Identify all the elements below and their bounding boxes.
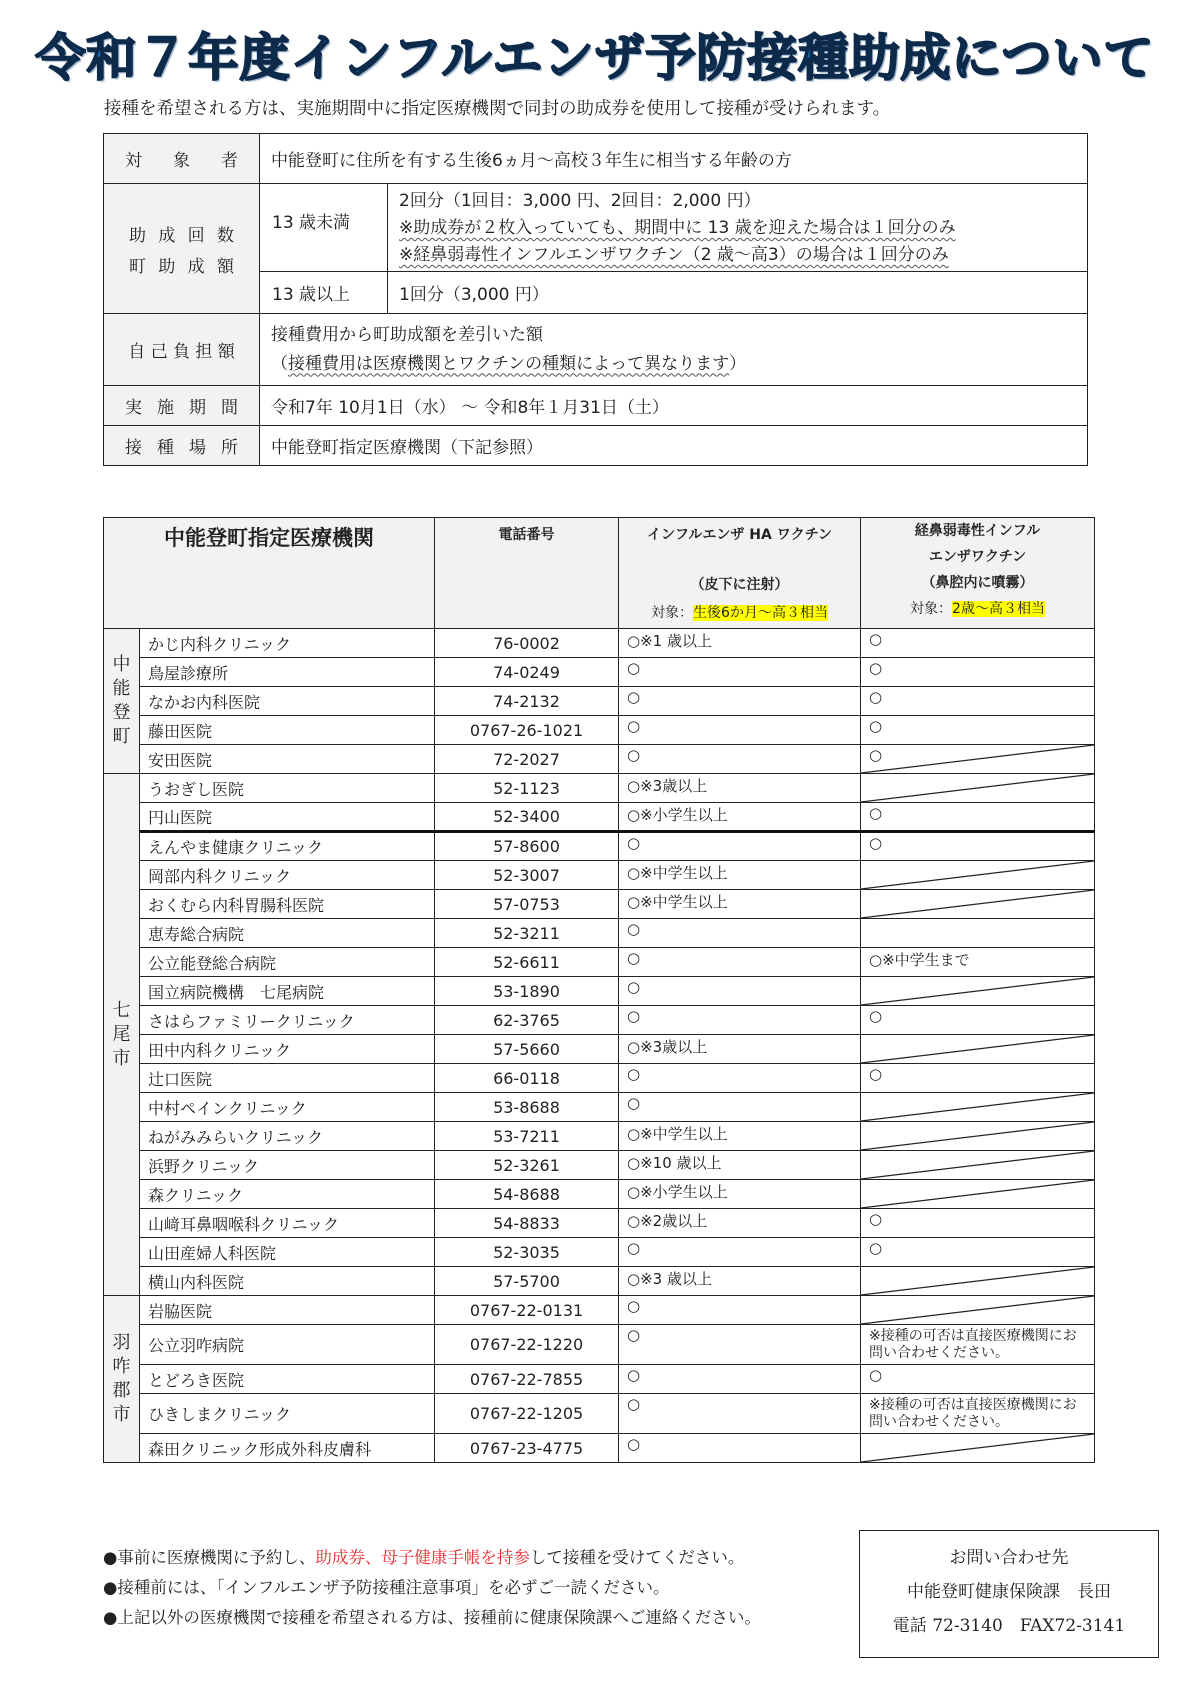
info-row-place: 接種場所 中能登町指定医療機関（下記参照） — [104, 426, 1088, 466]
nasal-availability — [861, 1093, 1095, 1122]
clinic-phone: 53-8688 — [435, 1093, 619, 1122]
nasal-availability — [861, 890, 1095, 919]
nasal-availability — [861, 1151, 1095, 1180]
nasal-availability — [861, 919, 1095, 948]
ha-target-highlight: 生後6か月～高３相当 — [693, 605, 828, 621]
clinic-phone: 52-3035 — [435, 1238, 619, 1267]
ha-availability: ○※3 歳以上 — [619, 1267, 861, 1296]
clinic-name: 恵寿総合病院 — [140, 919, 435, 948]
not-available-slash — [861, 977, 1094, 1005]
nasal-availability: ○ — [861, 832, 1095, 861]
table-row: 安田医院72-2027○○ — [104, 745, 1095, 774]
clinic-phone: 54-8833 — [435, 1209, 619, 1238]
clinic-phone: 52-3261 — [435, 1151, 619, 1180]
clinic-phone: 57-8600 — [435, 832, 619, 861]
clinic-phone: 53-1890 — [435, 977, 619, 1006]
clinic-name: 公立羽咋病院 — [140, 1325, 435, 1365]
not-available-slash — [861, 774, 1094, 802]
table-row: 山﨑耳鼻咽喉科クリニック54-8833○※2歳以上○ — [104, 1209, 1095, 1238]
table-row: えんやま健康クリニック57-8600○○ — [104, 832, 1095, 861]
ha-availability: ○ — [619, 1325, 861, 1365]
clinic-name: 山﨑耳鼻咽喉科クリニック — [140, 1209, 435, 1238]
nasal-availability: ※接種の可否は直接医療機関にお問い合わせください。 — [861, 1325, 1095, 1365]
under13-label: 13 歳未満 — [260, 184, 388, 272]
header-nasal-vaccine: 経鼻弱毒性インフル エンザワクチン （鼻腔内に噴霧） 対象：2歳～高３相当 — [861, 518, 1095, 629]
table-row: 藤田医院0767-26-1021○○ — [104, 716, 1095, 745]
clinic-phone: 0767-23-4775 — [435, 1434, 619, 1463]
info-row-target: 対 象 者 中能登町に住所を有する生後6ヵ月～高校３年生に相当する年齢の方 — [104, 134, 1088, 184]
ha-availability: ○※小学生以上 — [619, 1180, 861, 1209]
info-label-target: 対 象 者 — [104, 134, 260, 184]
clinic-name: 公立能登総合病院 — [140, 948, 435, 977]
not-available-slash — [861, 1122, 1094, 1150]
clinic-name: 辻口医院 — [140, 1064, 435, 1093]
contact-heading: お問い合わせ先 — [860, 1541, 1158, 1575]
page-title: 令和７年度インフルエンザ予防接種助成について — [0, 18, 1190, 90]
clinic-name: 横山内科医院 — [140, 1267, 435, 1296]
info-label-subsidy: 助成回数 町助成額 — [104, 184, 260, 314]
header-clinic-name: 中能登町指定医療機関 — [104, 518, 435, 629]
ha-availability: ○ — [619, 687, 861, 716]
table-row: とどろき医院0767-22-7855○○ — [104, 1365, 1095, 1394]
ha-availability: ○※1 歳以上 — [619, 629, 861, 658]
table-row: 円山医院52-3400○※小学生以上○ — [104, 803, 1095, 832]
clinic-name: 国立病院機構 七尾病院 — [140, 977, 435, 1006]
clinic-name: 中村ペインクリニック — [140, 1093, 435, 1122]
clinic-phone: 0767-22-0131 — [435, 1296, 619, 1325]
nasal-availability: ○ — [861, 745, 1095, 774]
clinic-phone: 62-3765 — [435, 1006, 619, 1035]
table-row: 恵寿総合病院52-3211○ — [104, 919, 1095, 948]
clinic-phone: 52-1123 — [435, 774, 619, 803]
ha-availability: ○※小学生以上 — [619, 803, 861, 832]
nasal-availability: ○ — [861, 1238, 1095, 1267]
nasal-availability: ○ — [861, 803, 1095, 832]
clinics-header-row: 中能登町指定医療機関 電話番号 インフルエンザ HA ワクチン （皮下に注射） … — [104, 518, 1095, 629]
over13-value: 1回分（3,000 円） — [388, 272, 1088, 314]
info-row-under13: 助成回数 町助成額 13 歳未満 2回分（1回目：3,000 円、2回目：2,0… — [104, 184, 1088, 272]
table-row: 公立羽咋病院0767-22-1220○※接種の可否は直接医療機関にお問い合わせく… — [104, 1325, 1095, 1365]
table-row: 羽咋郡市岩脇医院0767-22-0131○ — [104, 1296, 1095, 1325]
table-row: 中能登町かじ内科クリニック76-0002○※1 歳以上○ — [104, 629, 1095, 658]
clinic-name: 浜野クリニック — [140, 1151, 435, 1180]
info-value-period: 令和7年 10月1日（水） ～ 令和8年１月31日（土） — [260, 386, 1088, 426]
ha-availability: ○ — [619, 948, 861, 977]
table-row: 山田産婦人科医院52-3035○○ — [104, 1238, 1095, 1267]
clinic-phone: 76-0002 — [435, 629, 619, 658]
note-item: ●事前に医療機関に予約し、助成券、母子健康手帳を持参して接種を受けてください。 — [103, 1543, 761, 1573]
nasal-availability — [861, 1035, 1095, 1064]
table-row: おくむら内科胃腸科医院57-0753○※中学生以上 — [104, 890, 1095, 919]
clinic-phone: 72-2027 — [435, 745, 619, 774]
table-row: 七尾市うおぎし医院52-1123○※3歳以上 — [104, 774, 1095, 803]
region-label: 羽咋郡市 — [104, 1296, 140, 1463]
nasal-availability: ○ — [861, 1209, 1095, 1238]
not-available-slash — [861, 1434, 1094, 1462]
clinic-phone: 57-5660 — [435, 1035, 619, 1064]
ha-availability: ○ — [619, 1006, 861, 1035]
clinic-name: えんやま健康クリニック — [140, 832, 435, 861]
clinic-name: 藤田医院 — [140, 716, 435, 745]
contact-department: 中能登町健康保険課 長田 — [860, 1575, 1158, 1609]
nasal-availability: ※接種の可否は直接医療機関にお問い合わせください。 — [861, 1394, 1095, 1434]
table-row: ひきしまクリニック0767-22-1205○※接種の可否は直接医療機関にお問い合… — [104, 1394, 1095, 1434]
region-label: 七尾市 — [104, 774, 140, 1296]
over13-label: 13 歳以上 — [260, 272, 388, 314]
clinic-name: 山田産婦人科医院 — [140, 1238, 435, 1267]
clinic-phone: 74-0249 — [435, 658, 619, 687]
clinic-name: 森田クリニック形成外科皮膚科 — [140, 1434, 435, 1463]
ha-availability: ○ — [619, 1238, 861, 1267]
nasal-availability: ○ — [861, 716, 1095, 745]
ha-availability: ○※中学生以上 — [619, 1122, 861, 1151]
page-subtitle: 接種を希望される方は、実施期間中に指定医療機関で同封の助成券を使用して接種が受け… — [104, 95, 890, 120]
table-row: 鳥屋診療所74-0249○○ — [104, 658, 1095, 687]
nasal-availability — [861, 1296, 1095, 1325]
clinic-name: ねがみみらいクリニック — [140, 1122, 435, 1151]
info-row-period: 実施期間 令和7年 10月1日（水） ～ 令和8年１月31日（土） — [104, 386, 1088, 426]
clinic-phone: 52-3007 — [435, 861, 619, 890]
clinic-name: うおぎし医院 — [140, 774, 435, 803]
info-label-period: 実施期間 — [104, 386, 260, 426]
ha-availability: ○ — [619, 832, 861, 861]
nasal-availability: ○※中学生まで — [861, 948, 1095, 977]
clinic-name: 田中内科クリニック — [140, 1035, 435, 1064]
clinic-name: さはらファミリークリニック — [140, 1006, 435, 1035]
contact-box: お問い合わせ先 中能登町健康保険課 長田 電話 72-3140 FAX72-31… — [859, 1530, 1159, 1658]
nasal-availability: ○ — [861, 1006, 1095, 1035]
table-row: 国立病院機構 七尾病院53-1890○ — [104, 977, 1095, 1006]
clinic-name: 安田医院 — [140, 745, 435, 774]
nasal-availability: ○ — [861, 658, 1095, 687]
clinic-name: かじ内科クリニック — [140, 629, 435, 658]
table-row: 森クリニック54-8688○※小学生以上 — [104, 1180, 1095, 1209]
table-row: 浜野クリニック52-3261○※10 歳以上 — [104, 1151, 1095, 1180]
ha-availability: ○ — [619, 919, 861, 948]
nasal-availability: ○ — [861, 629, 1095, 658]
clinic-name: なかお内科医院 — [140, 687, 435, 716]
under13-value: 2回分（1回目：3,000 円、2回目：2,000 円） ※助成券が２枚入ってい… — [388, 184, 1088, 272]
ha-availability: ○ — [619, 745, 861, 774]
info-label-place: 接種場所 — [104, 426, 260, 466]
ha-availability: ○※中学生以上 — [619, 890, 861, 919]
not-available-slash — [861, 1296, 1094, 1324]
clinic-phone: 0767-22-7855 — [435, 1365, 619, 1394]
ha-availability: ○※中学生以上 — [619, 861, 861, 890]
not-available-slash — [861, 1035, 1094, 1063]
clinic-phone: 52-6611 — [435, 948, 619, 977]
clinic-phone: 66-0118 — [435, 1064, 619, 1093]
clinic-name: 岡部内科クリニック — [140, 861, 435, 890]
clinic-name: 森クリニック — [140, 1180, 435, 1209]
clinic-phone: 57-5700 — [435, 1267, 619, 1296]
not-available-slash — [861, 745, 1094, 773]
table-row: なかお内科医院74-2132○○ — [104, 687, 1095, 716]
clinic-phone: 57-0753 — [435, 890, 619, 919]
ha-availability: ○ — [619, 1064, 861, 1093]
ha-availability: ○ — [619, 1394, 861, 1434]
clinic-name: 鳥屋診療所 — [140, 658, 435, 687]
ha-availability: ○※2歳以上 — [619, 1209, 861, 1238]
info-row-copay: 自 己 負 担 額 接種費用から町助成額を差引いた額 （接種費用は医療機関とワク… — [104, 314, 1088, 386]
nasal-availability — [861, 1122, 1095, 1151]
ha-availability: ○ — [619, 1434, 861, 1463]
info-value-place: 中能登町指定医療機関（下記参照） — [260, 426, 1088, 466]
table-row: 公立能登総合病院52-6611○○※中学生まで — [104, 948, 1095, 977]
header-ha-vaccine: インフルエンザ HA ワクチン （皮下に注射） 対象：生後6か月～高３相当 — [619, 518, 861, 629]
ha-availability: ○※3歳以上 — [619, 774, 861, 803]
nasal-availability — [861, 977, 1095, 1006]
not-available-slash — [861, 861, 1094, 889]
contact-phone-fax: 電話 72-3140 FAX72-3141 — [860, 1609, 1158, 1643]
not-available-slash — [861, 1180, 1094, 1208]
clinic-phone: 0767-22-1205 — [435, 1394, 619, 1434]
info-value-target: 中能登町に住所を有する生後6ヵ月～高校３年生に相当する年齢の方 — [260, 134, 1088, 184]
not-available-slash — [861, 1093, 1094, 1121]
nasal-target-highlight: 2歳～高３相当 — [952, 601, 1045, 617]
nasal-availability: ○ — [861, 1365, 1095, 1394]
table-row: 中村ペインクリニック53-8688○ — [104, 1093, 1095, 1122]
table-row: 岡部内科クリニック52-3007○※中学生以上 — [104, 861, 1095, 890]
not-available-slash — [861, 890, 1094, 918]
table-row: ねがみみらいクリニック53-7211○※中学生以上 — [104, 1122, 1095, 1151]
nasal-availability: ○ — [861, 1064, 1095, 1093]
info-value-copay: 接種費用から町助成額を差引いた額 （接種費用は医療機関とワクチンの種類によって異… — [260, 314, 1088, 386]
clinic-phone: 0767-26-1021 — [435, 716, 619, 745]
table-row: 横山内科医院57-5700○※3 歳以上 — [104, 1267, 1095, 1296]
table-row: さはらファミリークリニック62-3765○○ — [104, 1006, 1095, 1035]
clinic-name: 円山医院 — [140, 803, 435, 832]
note-item: ●接種前には、「インフルエンザ予防接種注意事項」を必ずご一読ください。 — [103, 1573, 761, 1603]
not-available-slash — [861, 1267, 1094, 1295]
nasal-availability: ○ — [861, 687, 1095, 716]
clinic-phone: 53-7211 — [435, 1122, 619, 1151]
clinic-phone: 52-3211 — [435, 919, 619, 948]
note-item: ●上記以外の医療機関で接種を希望される方は、接種前に健康保険課へご連絡ください。 — [103, 1603, 761, 1633]
ha-availability: ○ — [619, 977, 861, 1006]
nasal-availability — [861, 861, 1095, 890]
clinics-table: 中能登町指定医療機関 電話番号 インフルエンザ HA ワクチン （皮下に注射） … — [103, 517, 1095, 1463]
ha-availability: ○ — [619, 716, 861, 745]
ha-availability: ○※3歳以上 — [619, 1035, 861, 1064]
not-available-slash — [861, 1151, 1094, 1179]
table-row: 田中内科クリニック57-5660○※3歳以上 — [104, 1035, 1095, 1064]
ha-availability: ○ — [619, 1365, 861, 1394]
table-row: 辻口医院66-0118○○ — [104, 1064, 1095, 1093]
subsidy-info-table: 対 象 者 中能登町に住所を有する生後6ヵ月～高校３年生に相当する年齢の方 助成… — [103, 133, 1088, 466]
clinic-phone: 52-3400 — [435, 803, 619, 832]
clinic-name: 岩脇医院 — [140, 1296, 435, 1325]
ha-availability: ○※10 歳以上 — [619, 1151, 861, 1180]
notes-list: ●事前に医療機関に予約し、助成券、母子健康手帳を持参して接種を受けてください。 … — [103, 1543, 761, 1633]
clinic-name: ひきしまクリニック — [140, 1394, 435, 1434]
clinic-name: とどろき医院 — [140, 1365, 435, 1394]
clinic-phone: 54-8688 — [435, 1180, 619, 1209]
clinic-phone: 74-2132 — [435, 687, 619, 716]
clinic-phone: 0767-22-1220 — [435, 1325, 619, 1365]
ha-availability: ○ — [619, 1093, 861, 1122]
nasal-availability — [861, 1180, 1095, 1209]
ha-availability: ○ — [619, 658, 861, 687]
clinic-name: おくむら内科胃腸科医院 — [140, 890, 435, 919]
nasal-availability — [861, 774, 1095, 803]
header-phone: 電話番号 — [435, 518, 619, 629]
nasal-availability — [861, 1434, 1095, 1463]
region-label: 中能登町 — [104, 629, 140, 774]
info-label-copay: 自 己 負 担 額 — [104, 314, 260, 386]
nasal-availability — [861, 1267, 1095, 1296]
table-row: 森田クリニック形成外科皮膚科0767-23-4775○ — [104, 1434, 1095, 1463]
ha-availability: ○ — [619, 1296, 861, 1325]
